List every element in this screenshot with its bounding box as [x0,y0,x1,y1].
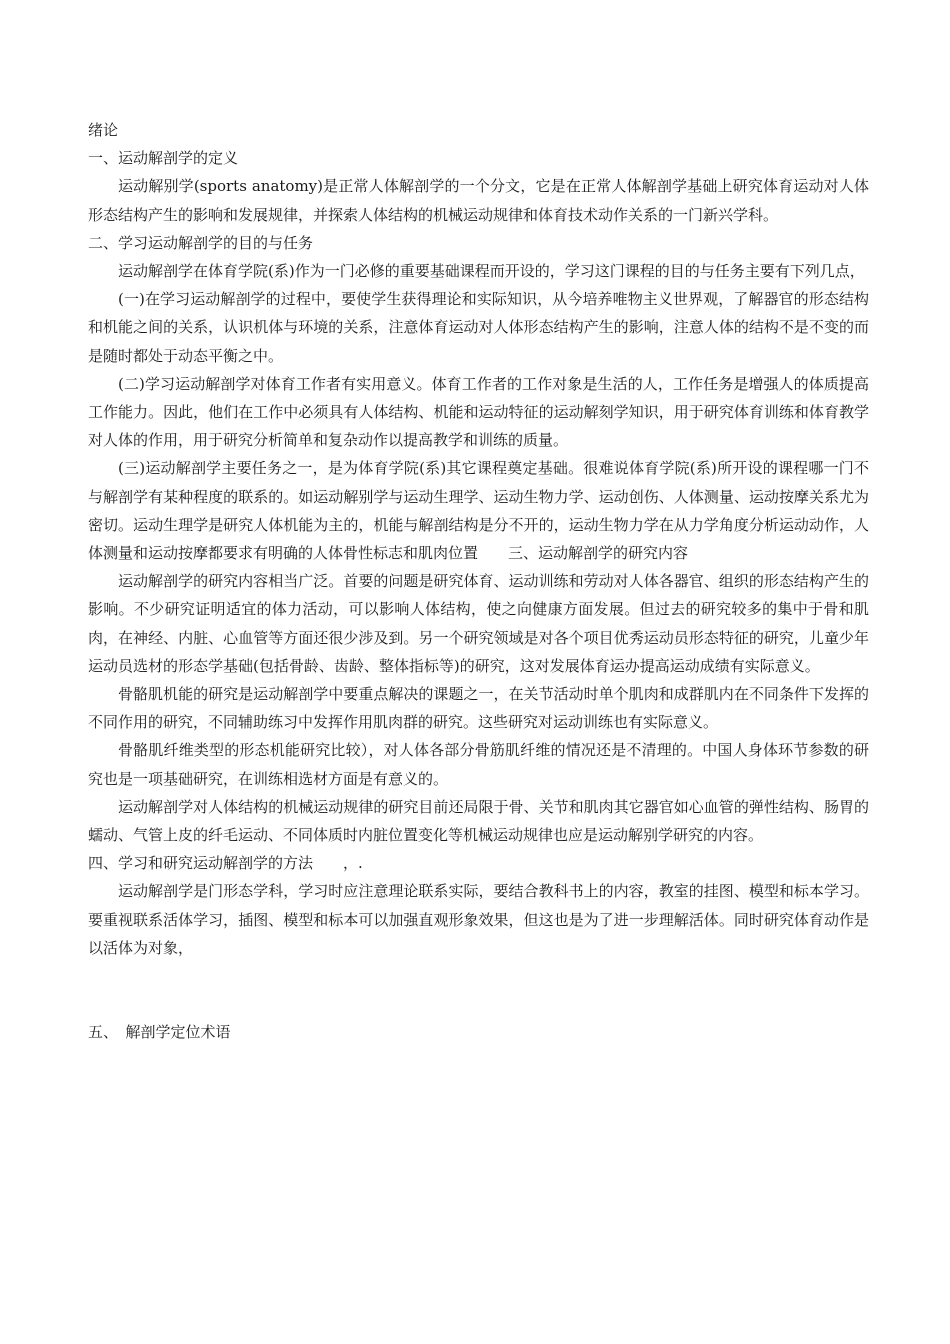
paragraph: 运动解剖学是门形态学科，学习时应注意理论联系实际，要结合教科书上的内容，教室的挂… [88,877,869,962]
blank-space [88,962,869,1018]
paragraph: 运动解剖学在体育学院(系)作为一门必修的重要基础课程而开设的，学习这门课程的目的… [88,257,869,285]
section-heading-1: 一、运动解剖学的定义 [88,144,869,172]
paragraph: (二)学习运动解剖学对体育工作者有实用意义。体育工作者的工作对象是生活的人，工作… [88,370,869,455]
document-page: 绪论 一、运动解剖学的定义 运动解别学(sports anatomy)是正常人体… [88,116,869,1046]
paragraph: 运动解剖学的研究内容相当广泛。首要的问题是研究体育、运动训练和劳动对人体各器官、… [88,567,869,680]
paragraph: 骨骼肌纤维类型的形态机能研究比较），对人体各部分骨筋肌纤维的情况还是不清理的。中… [88,736,869,792]
section-heading-5: 五、 解剖学定位术语 [88,1018,869,1046]
paragraph: 运动解别学(sports anatomy)是正常人体解剖学的一个分文，它是在正常… [88,172,869,228]
paragraph: 骨骼肌机能的研究是运动解剖学中要重点解决的课题之一，在关节活动时单个肌肉和成群肌… [88,680,869,736]
section-heading-2: 二、学习运动解剖学的目的与任务 [88,229,869,257]
document-title: 绪论 [88,116,869,144]
paragraph: 运动解剖学对人体结构的机械运动规律的研究目前还局限于骨、关节和肌肉其它器官如心血… [88,793,869,849]
paragraph: (三)运动解剖学主要任务之一，是为体育学院(系)其它课程奠定基础。很难说体育学院… [88,454,869,567]
section-heading-4: 四、学习和研究运动解剖学的方法 ，. [88,849,869,877]
paragraph: (一)在学习运动解剖学的过程中，要使学生获得理论和实际知识，从今培养唯物主义世界… [88,285,869,370]
